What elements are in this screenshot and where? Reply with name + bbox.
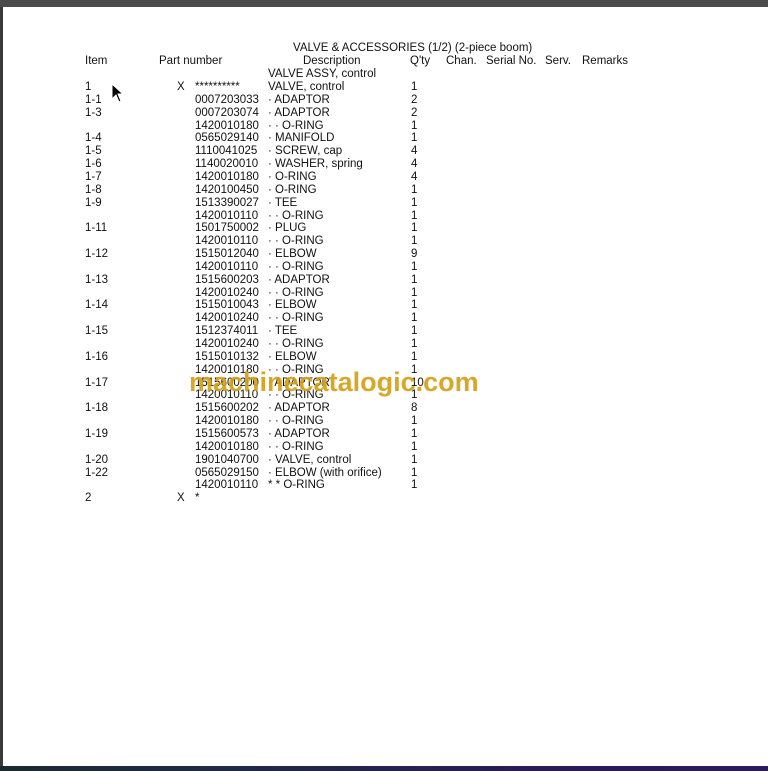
table-row: 1-191515600573· ADAPTOR1: [3, 428, 768, 441]
qty-cell: 1: [411, 325, 417, 337]
description-cell: · O-RING: [268, 184, 317, 196]
item-cell: 1-22: [85, 467, 108, 479]
part-number-cell: 1515010043: [195, 299, 259, 311]
mouse-cursor-icon: [111, 83, 125, 103]
column-header-chan: Chan.: [446, 55, 477, 67]
x-marker: X: [177, 81, 185, 93]
table-row: 1-141515010043· ELBOW1: [3, 299, 768, 312]
qty-cell: 1: [411, 235, 417, 247]
part-number-cell: *: [195, 492, 199, 504]
item-cell: 1-11: [85, 222, 107, 234]
part-number-cell: 1501750002: [195, 222, 259, 234]
item-cell: 1-16: [85, 351, 108, 363]
table-row: 1420010110· · O-RING1: [3, 261, 768, 274]
item-cell: 1-9: [85, 197, 102, 209]
item-cell: 1-5: [85, 145, 102, 157]
column-header-serv: Serv.: [545, 55, 571, 67]
page-title: VALVE & ACCESSORIES (1/2) (2-piece boom): [293, 42, 532, 54]
x-marker: X: [177, 492, 185, 504]
part-number-cell: 1420010110: [195, 210, 258, 222]
table-row: 1420010180· · O-RING1: [3, 415, 768, 428]
qty-cell: 1: [411, 197, 417, 209]
column-header-qty: Q'ty: [410, 55, 430, 67]
table-row: 1420010180· · O-RING1: [3, 120, 768, 133]
qty-cell: 1: [411, 338, 417, 350]
part-number-cell: 0565029150: [195, 467, 259, 479]
column-header-item: Item: [85, 55, 107, 67]
part-number-cell: 1420010110: [195, 479, 258, 491]
qty-cell: 1: [411, 428, 417, 440]
qty-cell: 1: [411, 415, 417, 427]
description-cell: · · O-RING: [268, 210, 324, 222]
part-number-cell: 1110041025: [195, 145, 257, 157]
description-cell: · ADAPTOR: [268, 94, 330, 106]
table-row: 1-131515600203· ADAPTOR1: [3, 274, 768, 287]
qty-cell: 1: [411, 261, 417, 273]
description-cell: · · O-RING: [268, 415, 324, 427]
table-row: 1-61140020010· WASHER, spring4: [3, 158, 768, 171]
description-cell: · ADAPTOR: [268, 402, 330, 414]
description-cell: · VALVE, control: [268, 454, 351, 466]
assy-label-row: VALVE ASSY, control: [3, 68, 768, 81]
part-number-cell: 1420010240: [195, 312, 259, 324]
part-number-cell: 1420010240: [195, 338, 259, 350]
part-number-cell: 1515600573: [195, 428, 259, 440]
table-row: 1420010240· · O-RING1: [3, 287, 768, 300]
table-row: 1420010110* * O-RING1: [3, 479, 768, 492]
part-number-cell: 1513390027: [195, 197, 259, 209]
description-cell: · ADAPTOR: [268, 107, 330, 119]
table-row: 1-181515600202· ADAPTOR8: [3, 402, 768, 415]
qty-cell: 4: [411, 145, 417, 157]
part-number-cell: 1515010132: [195, 351, 259, 363]
qty-cell: 1: [411, 312, 417, 324]
column-header-description: Description: [303, 55, 361, 67]
table-row: 1-91513390027· TEE1: [3, 197, 768, 210]
qty-cell: 1: [411, 274, 417, 286]
qty-cell: 1: [411, 184, 417, 196]
part-number-cell: 0565029140: [195, 132, 259, 144]
qty-cell: 1: [411, 479, 417, 491]
part-number-cell: 1420100450: [195, 184, 259, 196]
item-cell: 1-18: [85, 402, 108, 414]
description-cell: · O-RING: [268, 171, 317, 183]
item-cell: 1-17: [85, 377, 108, 389]
part-number-cell: 1515012040: [195, 248, 259, 260]
taskbar: [0, 766, 768, 771]
description-cell: · SCREW, cap: [268, 145, 342, 157]
qty-cell: 1: [411, 351, 417, 363]
part-number-cell: 1515600202: [195, 402, 259, 414]
description-cell: · · O-RING: [268, 312, 324, 324]
qty-cell: 1: [411, 132, 417, 144]
item-cell: 1-20: [85, 454, 108, 466]
item-cell: 2: [85, 492, 91, 504]
item-cell: 1-12: [85, 248, 108, 260]
part-number-cell: 1420010180: [195, 120, 259, 132]
item-cell: 1-7: [85, 171, 102, 183]
qty-cell: 1: [411, 454, 417, 466]
table-row: 1420010240· · O-RING1: [3, 312, 768, 325]
part-number-cell: 1512374011: [195, 325, 258, 337]
item-cell: 1-3: [85, 107, 102, 119]
part-number-cell: 1420010180: [195, 441, 259, 453]
part-number-cell: **********: [195, 81, 240, 93]
description-cell: VALVE, control: [268, 81, 344, 93]
description-cell: · · O-RING: [268, 235, 324, 247]
item-cell: 1-14: [85, 299, 108, 311]
description-cell: · TEE: [268, 325, 297, 337]
description-cell: · ELBOW: [268, 299, 317, 311]
qty-cell: 4: [411, 158, 417, 170]
watermark: machinecatalogic.com: [189, 367, 479, 398]
table-row: 1-51110041025· SCREW, cap4: [3, 145, 768, 158]
description-cell: · · O-RING: [268, 338, 324, 350]
description-cell: * * O-RING: [268, 479, 325, 491]
item-cell: 1-19: [85, 428, 108, 440]
table-row: 2X*: [3, 492, 768, 505]
parts-list: VALVE & ACCESSORIES (1/2) (2-piece boom)…: [3, 7, 768, 766]
table-row: 1420010110· · O-RING1: [3, 210, 768, 223]
part-number-cell: 0007203074: [195, 107, 259, 119]
description-cell: · · O-RING: [268, 120, 324, 132]
table-row: 1-111501750002· PLUG1: [3, 222, 768, 235]
qty-cell: 1: [411, 81, 417, 93]
item-cell: 1-8: [85, 184, 102, 196]
description-cell: · ELBOW: [268, 351, 317, 363]
qty-cell: 2: [411, 94, 417, 106]
part-number-cell: 0007203033: [195, 94, 259, 106]
qty-cell: 8: [411, 402, 417, 414]
table-row: 1420010110· · O-RING1: [3, 235, 768, 248]
description-cell: · ADAPTOR: [268, 428, 330, 440]
table-row: 1-220565029150· ELBOW (with orifice)1: [3, 467, 768, 480]
part-number-cell: 1420010180: [195, 171, 259, 183]
table-row: 1-161515010132· ELBOW1: [3, 351, 768, 364]
table-row: 1-201901040700· VALVE, control1: [3, 454, 768, 467]
table-row: 1-151512374011· TEE1: [3, 325, 768, 338]
description-cell: · · O-RING: [268, 261, 324, 273]
description-cell: · ELBOW: [268, 248, 317, 260]
description-cell: · TEE: [268, 197, 297, 209]
table-row: 1-71420010180· O-RING4: [3, 171, 768, 184]
part-number-cell: 1140020010: [195, 158, 258, 170]
column-header-remarks: Remarks: [582, 55, 628, 67]
item-cell: 1-1: [85, 94, 102, 106]
description-cell: · ELBOW (with orifice): [268, 467, 382, 479]
item-cell: 1: [85, 81, 91, 93]
qty-cell: 1: [411, 467, 417, 479]
table-row: 1-81420100450· O-RING1: [3, 184, 768, 197]
part-number-cell: 1420010110: [195, 261, 258, 273]
qty-cell: 1: [411, 299, 417, 311]
qty-cell: 2: [411, 107, 417, 119]
qty-cell: 1: [411, 120, 417, 132]
qty-cell: 1: [411, 441, 417, 453]
part-number-cell: 1420010110: [195, 235, 258, 247]
document-page: VALVE & ACCESSORIES (1/2) (2-piece boom)…: [3, 7, 768, 766]
description-cell: · ADAPTOR: [268, 274, 330, 286]
part-number-cell: 1420010240: [195, 287, 259, 299]
description-cell: · PLUG: [268, 222, 306, 234]
description-cell: · · O-RING: [268, 287, 324, 299]
qty-cell: 1: [411, 222, 417, 234]
description-cell: · WASHER, spring: [268, 158, 363, 170]
table-row: 1-40565029140· MANIFOLD1: [3, 132, 768, 145]
column-header-serial-no: Serial No.: [486, 55, 537, 67]
part-number-cell: 1901040700: [195, 454, 259, 466]
item-cell: 1-15: [85, 325, 108, 337]
qty-cell: 1: [411, 287, 417, 299]
part-number-cell: 1515600203: [195, 274, 259, 286]
qty-cell: 4: [411, 171, 417, 183]
table-row: 1420010240· · O-RING1: [3, 338, 768, 351]
table-row: 1-30007203074· ADAPTOR2: [3, 107, 768, 120]
column-header-part-number: Part number: [159, 55, 222, 67]
part-number-cell: 1420010180: [195, 415, 259, 427]
window-top-bar: [0, 0, 768, 7]
assy-label: VALVE ASSY, control: [268, 68, 376, 80]
item-cell: 1-13: [85, 274, 108, 286]
description-cell: · · O-RING: [268, 441, 324, 453]
qty-cell: 9: [411, 248, 417, 260]
item-cell: 1-4: [85, 132, 102, 144]
table-row: 1420010180· · O-RING1: [3, 441, 768, 454]
item-cell: 1-6: [85, 158, 102, 170]
description-cell: · MANIFOLD: [268, 132, 334, 144]
table-row: 1-121515012040· ELBOW9: [3, 248, 768, 261]
qty-cell: 1: [411, 210, 417, 222]
